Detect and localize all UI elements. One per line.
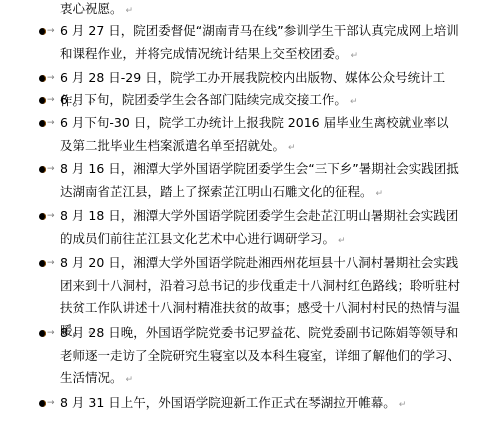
list-item[interactable]: → 6 月下旬-30 日，院学工办统计上报我院 2016 届毕业生离校就业率以及…: [60, 112, 460, 159]
bullet-icon: [39, 120, 46, 127]
list-item[interactable]: → 8 月 16 日，湘潭大学外国语学院团委学生会“三下乡”暑期社会实践团抵达湖…: [60, 158, 460, 205]
tab-arrow-icon: →: [47, 20, 55, 43]
paragraph-mark-icon: ↵: [288, 143, 296, 153]
paragraph-mark-icon: ↵: [399, 400, 407, 410]
list-item-text: 8 月 18 日，湘潭大学外国语学院团委学生会赴芷江明山暑期社会实践团的成员们前…: [60, 208, 458, 246]
paragraph-mark-icon: ↵: [126, 375, 134, 385]
tab-arrow-icon: →: [47, 392, 55, 415]
tab-arrow-icon: →: [47, 205, 55, 228]
tab-arrow-icon: →: [47, 67, 55, 90]
list-item-text: 6 月下旬，院团委学生会各部门陆续完成交接工作。: [60, 92, 347, 107]
bullet-icon: [39, 97, 46, 104]
paragraph-mark-icon: ↵: [376, 189, 384, 199]
paragraph-mark-icon: ↵: [338, 236, 346, 246]
list-item-text: 8 月 16 日，湘潭大学外国语学院团委学生会“三下乡”暑期社会实践团抵达湖南省…: [60, 161, 459, 199]
bullet-icon: [39, 75, 46, 82]
bullet-icon: [39, 260, 46, 267]
bullet-icon: [39, 400, 46, 407]
tab-arrow-icon: →: [47, 158, 55, 181]
bullet-icon: [39, 28, 46, 35]
paragraph-mark-icon: ↵: [350, 97, 358, 107]
list-item-text: 8 月 31 日上午，外国语学院迎新工作正式在琴湖拉开帷幕。: [60, 395, 396, 410]
tab-arrow-icon: →: [47, 252, 55, 275]
list-item-text: 6 月 27 日，院团委督促“湖南青马在线”参训学生干部认真完成网上培训和课程作…: [60, 23, 459, 61]
list-item[interactable]: → 8 月 18 日，湘潭大学外国语学院团委学生会赴芷江明山暑期社会实践团的成员…: [60, 205, 460, 252]
paragraph-mark-icon: ↵: [351, 51, 359, 61]
bullet-icon: [39, 166, 46, 173]
tab-arrow-icon: →: [47, 89, 55, 112]
list-item-text: 6 月下旬-30 日，院学工办统计上报我院 2016 届毕业生离校就业率以及第二…: [60, 115, 449, 153]
list-item[interactable]: → 8 月 28 日晚，外国语学院党委书记罗益花、院党委副书记陈娟等领导和老师逐…: [60, 322, 460, 392]
tab-arrow-icon: →: [47, 322, 55, 345]
bullet-icon: [39, 330, 46, 337]
bullet-icon: [39, 213, 46, 220]
paragraph-mark-icon: ↵: [126, 6, 134, 16]
tab-arrow-icon: →: [47, 112, 55, 135]
list-item[interactable]: → 8 月 31 日上午，外国语学院迎新工作正式在琴湖拉开帷幕。↵: [60, 392, 460, 417]
list-item[interactable]: → 6 月 27 日，院团委督促“湖南青马在线”参训学生干部认真完成网上培训和课…: [60, 20, 460, 67]
list-item-text: 8 月 28 日晚，外国语学院党委书记罗益花、院党委副书记陈娟等领导和老师逐一走…: [60, 325, 460, 385]
list-item[interactable]: → 6 月下旬，院团委学生会各部门陆续完成交接工作。↵: [60, 89, 460, 114]
paragraph-text: 衷心祝愿。: [60, 1, 123, 16]
